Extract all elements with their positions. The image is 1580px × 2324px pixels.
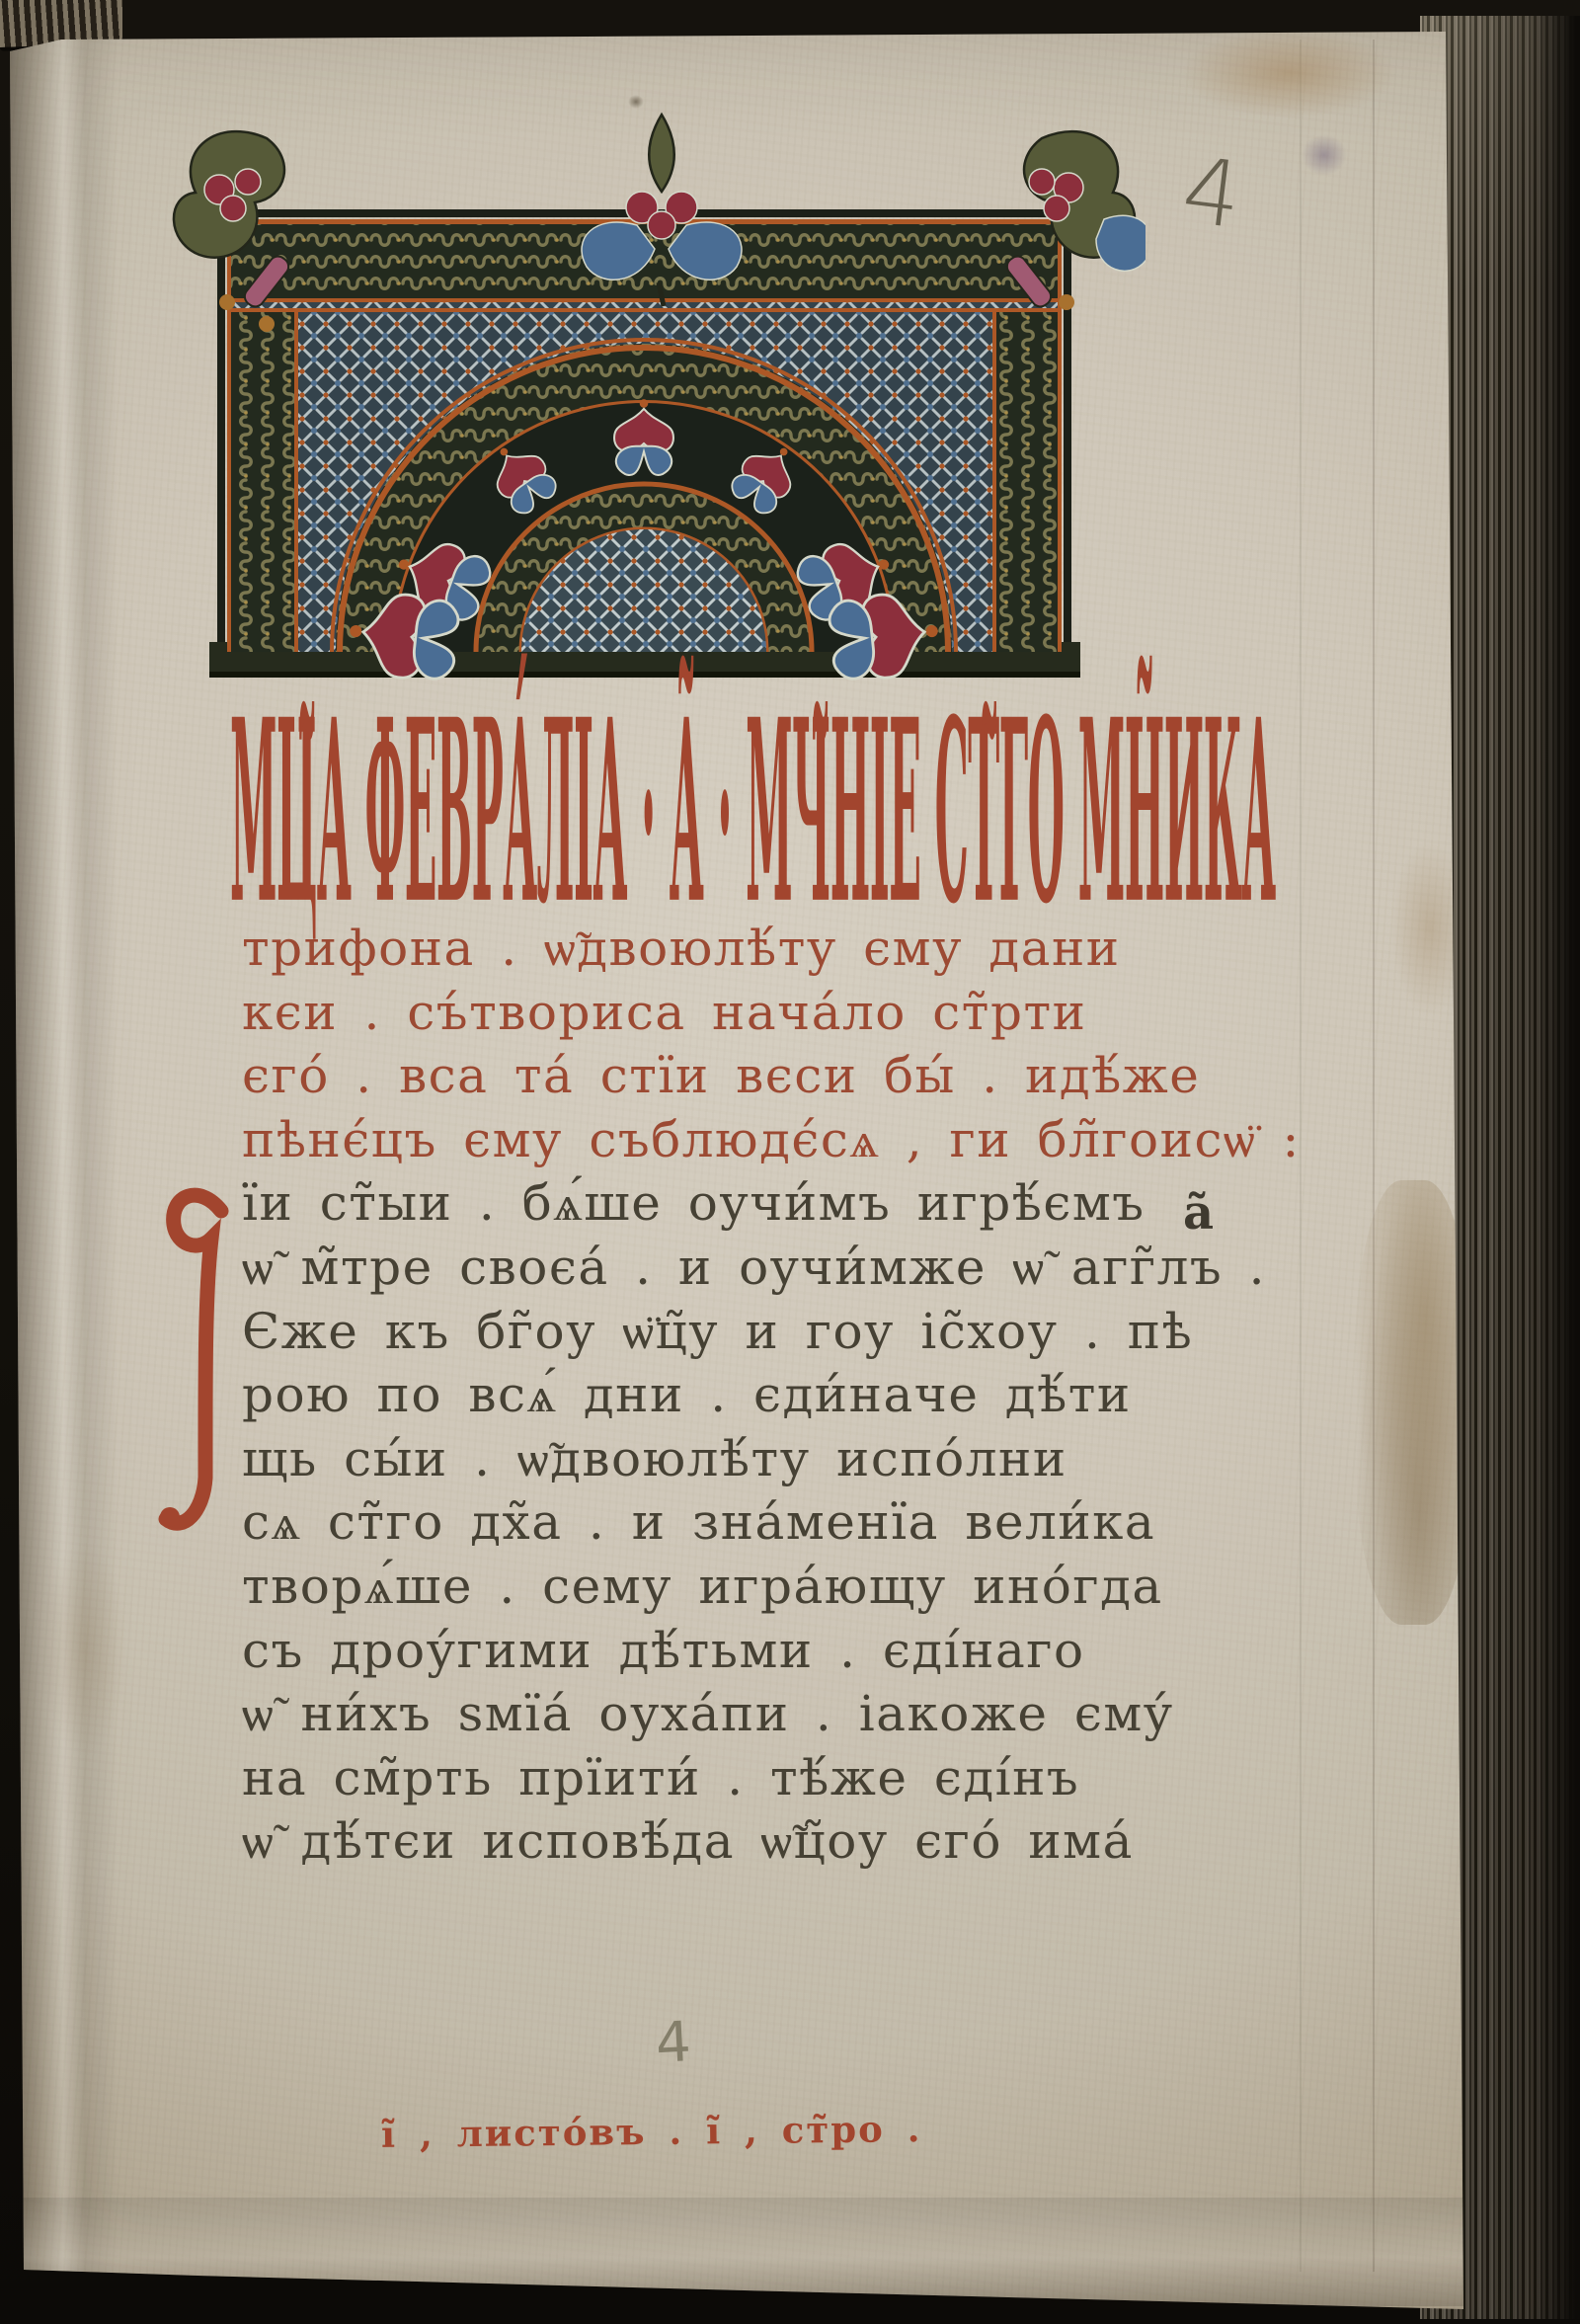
body-line: ѡ̃ ни́хъ ѕмїа́ оуха́пи . іакоже єму́ — [242, 1682, 1190, 1746]
stain — [1180, 28, 1397, 119]
vyaz-title-text: МЦ̃А ФЕВРА́ЛІА · А̃ · МЧ̃НІЕ СТ̃ГО МН̃ИК… — [230, 687, 1276, 938]
body-line: кєи . съ́твориса нача́ло ст̃рти — [242, 981, 1190, 1045]
body-line: їи ст̃ыи . бѧ́ше оучи́мъ игрѣ́ємъ — [242, 1171, 1190, 1236]
body-line: ѡ̃ дѣ́тєи исповѣ́да ѡ̃ц̃оу єго́ има́ — [242, 1809, 1190, 1874]
body-line: щь сы́и . ѡ̃двоюлѣ́ту испо́лни — [242, 1427, 1190, 1491]
body-line: пѣнє́цъ єму съблюдє́сѧ , ги бл̃гоисѡ̈ : — [242, 1108, 1190, 1172]
bottom-fold-highlight — [0, 2198, 1580, 2306]
pencil-mark: 4 — [654, 2010, 692, 2076]
pencil-smudge — [1302, 134, 1347, 176]
photo-background: МЦ̃А ФЕВРА́ЛІА · А̃ · МЧ̃НІЕ СТ̃ГО МН̃ИК… — [0, 0, 1580, 2324]
gutter-fold — [0, 0, 118, 2324]
body-line: ѡ̃ м̃тре своєа́ . и оучи́мже ѡ̃ агг̃лъ . — [242, 1236, 1190, 1300]
body-line: съ дроу́гими дѣ́тьми . єді́наго — [242, 1619, 1190, 1683]
footer-note: і̃ , листо́въ . і̃ , ст̃ро . — [381, 2107, 922, 2156]
body-line: трифона . ѡ̃двоюлѣ́ту єму дани — [242, 917, 1190, 981]
body-line: рою по всѧ́ дни . єди́наче дѣ́ти — [242, 1363, 1190, 1427]
body-text: трифона . ѡ̃двоюлѣ́ту єму даникєи . съ́т… — [242, 917, 1190, 1874]
body-line: творѧ́ше . сему игра́ющу ино́гда — [242, 1555, 1190, 1619]
body-line: на см̃рть прїити́ . тѣ́же єді́нъ — [242, 1746, 1190, 1810]
body-line: єго́ . вса та́ стїи вєси бы́ . идѣ́же — [242, 1044, 1190, 1108]
body-line: сѧ ст̃го дх̃а . и зна́менїа вели́ка — [242, 1490, 1190, 1555]
margin-gloss: а̃ — [1183, 1185, 1214, 1241]
manuscript-page: МЦ̃А ФЕВРА́ЛІА · А̃ · МЧ̃НІЕ СТ̃ГО МН̃ИК… — [0, 0, 1580, 2324]
body-line: Єже къ бг̃оу ѡ̈ц̃у и гоу іс̃хоу . пѣ — [242, 1300, 1190, 1364]
folio-number-pencil: 4 — [1177, 137, 1247, 249]
vyaz-title: МЦ̃А ФЕВРА́ЛІА · А̃ · МЧ̃НІЕ СТ̃ГО МН̃ИК… — [230, 697, 1109, 900]
crease-line — [1373, 40, 1375, 2272]
headpiece-illumination — [148, 99, 1145, 691]
